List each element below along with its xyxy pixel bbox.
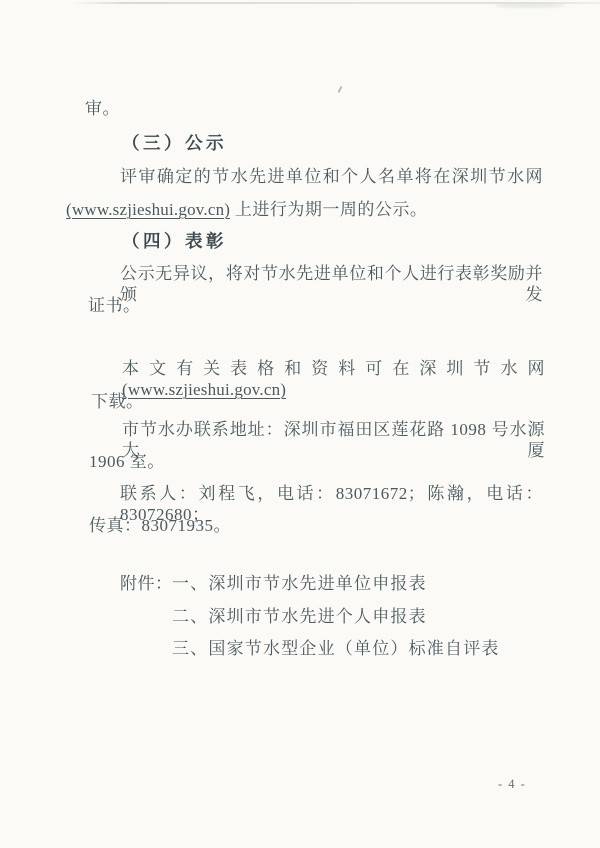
scan-speck — [337, 86, 342, 93]
website-url-2: (www.szjieshui.gov.cn) — [122, 380, 286, 399]
paragraph-address-line2: 1906 室。 — [89, 451, 165, 472]
section-heading-commendation: （四）表彰 — [122, 231, 227, 252]
paragraph-review-tail: 审。 — [85, 98, 120, 119]
paragraph-contact-line2: 传真：83071935。 — [89, 515, 231, 536]
paragraph-publicity-line1: 评审确定的节水先进单位和个人名单将在深圳节水网 — [120, 166, 543, 187]
paragraph-download-text: 本文有关表格和资料可在深圳节水网 — [122, 359, 545, 378]
paragraph-commendation-line2: 证书。 — [88, 295, 141, 316]
section-heading-publicity: （三）公示 — [122, 133, 227, 154]
paragraph-publicity-line2-text: 上进行为期一周的公示。 — [230, 200, 427, 219]
attachments-label: 附件： — [120, 573, 173, 594]
attachment-item-1: 一、深圳市节水先进单位申报表 — [172, 573, 427, 594]
paragraph-publicity-line2: (www.szjieshui.gov.cn) 上进行为期一周的公示。 — [66, 199, 427, 220]
paragraph-download-line1: 本文有关表格和资料可在深圳节水网 (www.szjieshui.gov.cn) — [122, 358, 545, 400]
scan-smudge — [495, 3, 565, 8]
website-url: (www.szjieshui.gov.cn) — [66, 200, 230, 219]
paragraph-download-line2: 下载。 — [91, 391, 144, 412]
document-page: 审。 （三）公示 评审确定的节水先进单位和个人名单将在深圳节水网 (www.sz… — [0, 0, 600, 848]
paragraph-commendation-line1: 公示无异议，将对节水先进单位和个人进行表彰奖励并颁发 — [120, 263, 543, 305]
attachment-item-2: 二、深圳市节水先进个人申报表 — [172, 606, 427, 627]
attachment-item-3: 三、国家节水型企业（单位）标准自评表 — [172, 638, 500, 659]
paragraph-address-line1: 市节水办联系地址：深圳市福田区莲花路 1098 号水源大厦 — [122, 419, 545, 461]
page-number: - 4 - — [498, 777, 526, 792]
